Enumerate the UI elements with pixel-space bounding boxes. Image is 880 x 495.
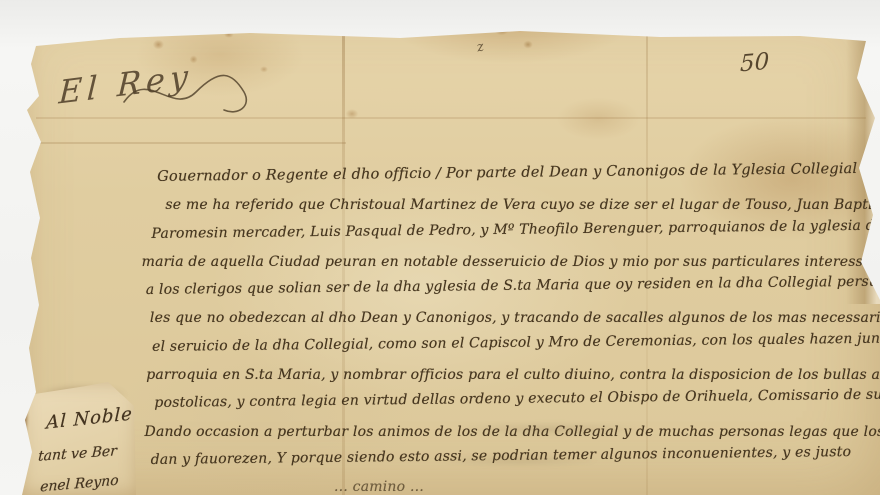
annotation-mark: z — [476, 39, 486, 55]
folio-number: 50 — [740, 49, 770, 78]
margin-note-line: Al Noble — [46, 403, 133, 433]
burn-stain — [13, 388, 30, 460]
manuscript-scan: { "page": { "background_color": "#f2f2f0… — [0, 0, 880, 495]
margin-note-line: enel Reyno — [40, 473, 119, 495]
manuscript-text-block: Gouernador o Regente el dho officio / Po… — [147, 159, 880, 495]
manuscript-paper: El Rey z 50 Gouernador o Regente el dho … — [0, 0, 880, 495]
horizontal-fold-crease — [36, 142, 346, 144]
margin-address-flap: Al Noble tant ve Ber enel Reyno — [22, 382, 138, 495]
manuscript-line: Gouernador o Regente el dho officio / Po… — [157, 155, 880, 192]
manuscript-line-partial: … camino … — [334, 473, 880, 495]
margin-note-line: tant ve Ber — [38, 443, 118, 465]
